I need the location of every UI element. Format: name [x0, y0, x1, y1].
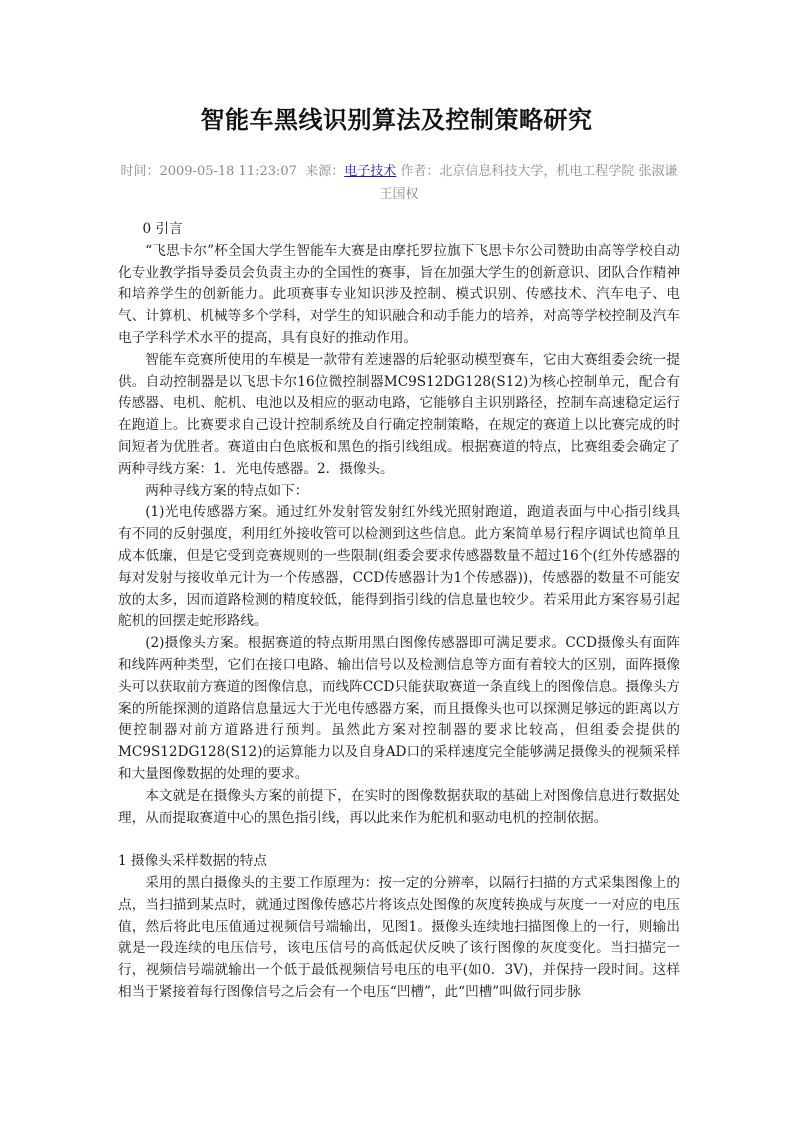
- time-value: 2009-05-18 11:23:07: [159, 164, 296, 179]
- paragraph: (2)摄像头方案。根据赛道的特点斯用黑白图像传感器即可满足要求。CCD摄像头有面…: [118, 633, 680, 786]
- paragraph: 两种寻线方案的特点如下：: [118, 481, 680, 503]
- paragraph: “飞思卡尔”杯全国大学生智能车大赛是由摩托罗拉旗下飞思卡尔公司赞助由高等学校自动…: [118, 241, 680, 350]
- paragraph: 智能车竞赛所使用的车模是一款带有差速器的后轮驱动模型赛车，它由大赛组委会统一提供…: [118, 350, 680, 481]
- document-page: 智能车黑线识别算法及控制策略研究 时间：2009-05-18 11:23:07 …: [0, 0, 793, 1122]
- paragraph: (1)光电传感器方案。通过红外发射管发射红外线光照射跑道，跑道表面与中心指引线具…: [118, 502, 680, 633]
- paragraph: 本文就是在摄像头方案的前提下，在实时的图像数据获取的基础上对图像信息进行数据处理…: [118, 786, 680, 830]
- article-body: 0 引言 “飞思卡尔”杯全国大学生智能车大赛是由摩托罗拉旗下飞思卡尔公司赞助由高…: [118, 219, 680, 1004]
- source-link[interactable]: 电子技术: [344, 164, 396, 179]
- article-title: 智能车黑线识别算法及控制策略研究: [0, 100, 793, 135]
- article-meta: 时间：2009-05-18 11:23:07 来源：电子技术 作者：北京信息科技…: [118, 160, 680, 206]
- section-heading-1: 1 摄像头采样数据的特点: [118, 851, 680, 873]
- time-label: 时间：: [120, 164, 159, 179]
- source-label: 来源：: [305, 164, 344, 179]
- section-heading-intro: 0 引言: [118, 219, 680, 241]
- paragraph: 采用的黑白摄像头的主要工作原理为：按一定的分辨率，以隔行扫描的方式采集图像上的点…: [118, 873, 680, 1004]
- author-label: 作者：: [400, 164, 439, 179]
